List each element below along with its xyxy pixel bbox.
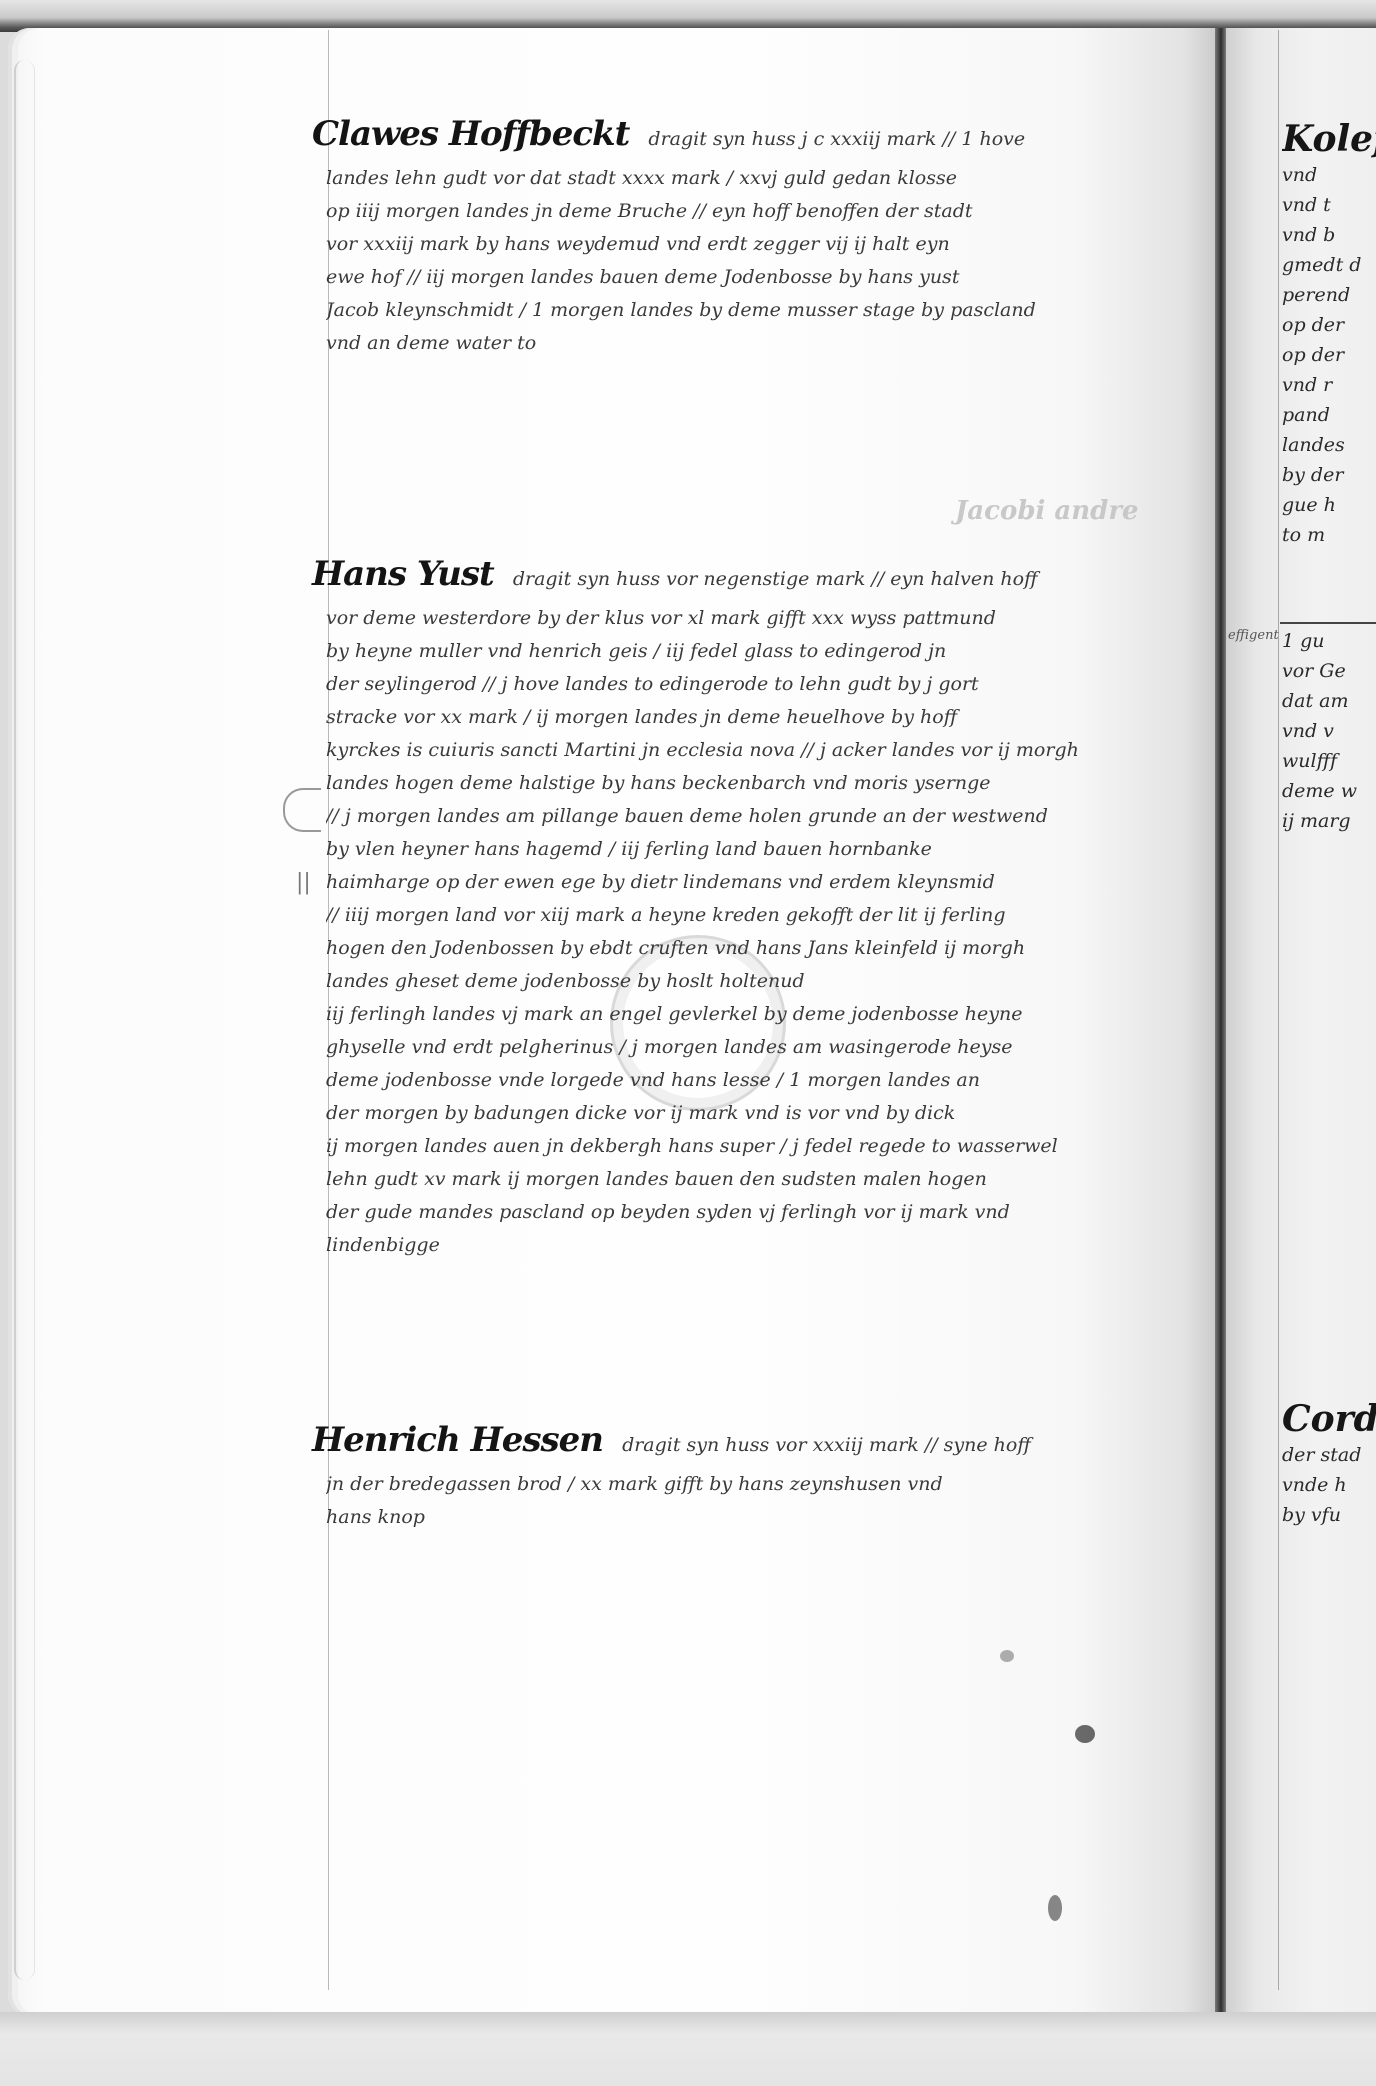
bleed-through-heading: Jacobi andre [955, 496, 1139, 526]
entry-line: by der [1282, 460, 1376, 490]
entry-line: vor Ge [1282, 656, 1376, 686]
margin-tick-mark: || [296, 870, 311, 895]
entry-line: der morgen by badungen dicke vor ij mark… [326, 1097, 1212, 1130]
entry-line: dragit syn huss vor xxxiij mark // syne … [622, 1434, 1031, 1456]
entry-name: Henrich Hessen [312, 1420, 603, 1460]
right-entry-cordt: Cordt der stad vnde h by vfu [1282, 1398, 1376, 1530]
entry-line: vnd v [1282, 716, 1376, 746]
entry-name: Hans Yust [312, 554, 494, 594]
entry-line: der seylingerod // j hove landes to edin… [326, 668, 1212, 701]
entry-hans-yust: Hans Yust dragit syn huss vor negenstige… [312, 552, 1212, 1262]
right-entry-kolef: Kolef vnd vnd t vnd b gmedt d perend op … [1282, 118, 1376, 550]
entry-henrich-hessen: Henrich Hessen dragit syn huss vor xxxii… [312, 1418, 1212, 1534]
entry-line: vnd t [1282, 190, 1376, 220]
entry-line: op der [1282, 310, 1376, 340]
entry-line: landes gheset deme jodenbosse by hoslt h… [326, 965, 1212, 998]
ink-blot [1000, 1650, 1014, 1662]
entry-line: wulfff [1282, 746, 1376, 776]
entry-line: vor deme westerdore by der klus vor xl m… [326, 602, 1212, 635]
entry-line: landes hogen deme halstige by hans becke… [326, 767, 1212, 800]
right-margin-rule [1278, 30, 1279, 1990]
entry-name: Clawes Hoffbeckt [312, 114, 629, 154]
entry-line: landes lehn gudt vor dat stadt xxxx mark… [326, 162, 1212, 195]
entry-line: jn der bredegassen brod / xx mark gifft … [326, 1468, 1212, 1501]
right-entry-2: 1 gu vor Ge dat am vnd v wulfff deme w i… [1282, 626, 1376, 836]
entry-line: ij marg [1282, 806, 1376, 836]
margin-brace-mark [283, 788, 321, 832]
entry-line: gue h [1282, 490, 1376, 520]
margin-note: effigent [1228, 628, 1279, 643]
entry-name: Cordt [1282, 1398, 1376, 1440]
entry-line: lindenbigge [326, 1229, 1212, 1262]
entry-line: dragit syn huss j c xxxiij mark // 1 hov… [648, 128, 1025, 150]
entry-line: kyrckes is cuiuris sancti Martini jn ecc… [326, 734, 1212, 767]
entry-line: by heyne muller vnd henrich geis / iij f… [326, 635, 1212, 668]
entry-line: dat am [1282, 686, 1376, 716]
entry-line: 1 gu [1282, 626, 1376, 656]
entry-line: vnd r [1282, 370, 1376, 400]
entry-line: deme w [1282, 776, 1376, 806]
entry-line: deme jodenbosse vnde lorgede vnd hans le… [326, 1064, 1212, 1097]
entry-line: // iiij morgen land vor xiij mark a heyn… [326, 899, 1212, 932]
entry-divider-line [1280, 622, 1376, 624]
ink-blot [1075, 1725, 1095, 1743]
entry-line: der gude mandes pascland op beyden syden… [326, 1196, 1212, 1229]
entry-line: ghyselle vnd erdt pelgherinus / j morgen… [326, 1031, 1212, 1064]
entry-line: stracke vor xx mark / ij morgen landes j… [326, 701, 1212, 734]
entry-line: gmedt d [1282, 250, 1376, 280]
entry-clawes-hoffbeckt: Clawes Hoffbeckt dragit syn huss j c xxx… [312, 112, 1212, 360]
entry-line: vnd [1282, 160, 1376, 190]
entry-line: by vfu [1282, 1500, 1376, 1530]
entry-line: op iiij morgen landes jn deme Bruche // … [326, 195, 1212, 228]
entry-line: pand [1282, 400, 1376, 430]
entry-line: vnde h [1282, 1470, 1376, 1500]
entry-line: dragit syn huss vor negenstige mark // e… [513, 568, 1038, 590]
entry-name: Kolef [1282, 118, 1376, 160]
entry-line: ewe hof // iij morgen landes bauen deme … [326, 261, 1212, 294]
entry-line: vnd an deme water to [326, 327, 1212, 360]
entry-line: iij ferlingh landes vj mark an engel gev… [326, 998, 1212, 1031]
scanner-bottom-edge [0, 2012, 1376, 2086]
entry-line: hans knop [326, 1501, 1212, 1534]
entry-line: op der [1282, 340, 1376, 370]
left-page-fore-edge [14, 60, 35, 1980]
entry-line: by vlen heyner hans hagemd / iij ferling… [326, 833, 1212, 866]
entry-line: perend [1282, 280, 1376, 310]
ink-blot [1048, 1895, 1062, 1921]
entry-line: lehn gudt xv mark ij morgen landes bauen… [326, 1163, 1212, 1196]
entry-line: vnd b [1282, 220, 1376, 250]
entry-line: to m [1282, 520, 1376, 550]
entry-line: hogen den Jodenbossen by ebdt cruften vn… [326, 932, 1212, 965]
entry-line: Jacob kleynschmidt / 1 morgen landes by … [326, 294, 1212, 327]
entry-line: // j morgen landes am pillange bauen dem… [326, 800, 1212, 833]
entry-line: ij morgen landes auen jn dekbergh hans s… [326, 1130, 1212, 1163]
entry-line: vor xxxiij mark by hans weydemud vnd erd… [326, 228, 1212, 261]
entry-line: haimharge op der ewen ege by dietr linde… [326, 866, 1212, 899]
entry-line: der stad [1282, 1440, 1376, 1470]
entry-line: landes [1282, 430, 1376, 460]
